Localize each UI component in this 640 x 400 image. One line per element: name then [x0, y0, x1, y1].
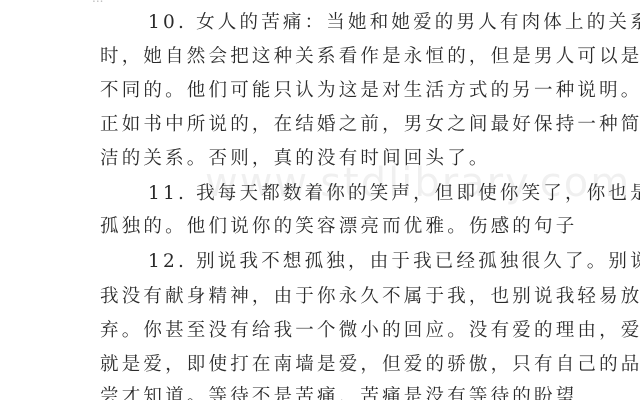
paragraph-line: 时，她自然会把这种关系看作是永恒的，但是男人可以是 [100, 46, 545, 68]
paragraph-line: 11. 我每天都数着你的笑声，但即使你笑了，你也是 [148, 183, 545, 205]
cropped-text-remnant: ... [92, 0, 122, 2]
paragraph-line: 尝才知道。等待不是苦痛，苦痛是没有等待的盼望 [100, 386, 545, 400]
paragraph-line: 10. 女人的苦痛：当她和她爱的男人有肉体上的关系 [148, 12, 545, 34]
paragraph-line: 不同的。他们可能只认为这是对生活方式的另一种说明。 [100, 80, 545, 102]
paragraph-line: 洁的关系。否则，真的没有时间回头了。 [100, 148, 545, 170]
paragraph-line: 12. 别说我不想孤独，由于我已经孤独很久了。别说 [148, 251, 545, 273]
paragraph-line: 我没有献身精神，由于你永久不属于我，也别说我轻易放 [100, 286, 545, 308]
document-page: ... www.stdlibrary.com 10. 女人的苦痛：当她和她爱的男… [0, 0, 640, 400]
paragraph-line: 正如书中所说的，在结婚之前，男女之间最好保持一种简 [100, 114, 545, 136]
paragraph-line: 就是爱，即使打在南墙是爱，但爱的骄傲，只有自己的品 [100, 354, 545, 376]
paragraph-line: 孤独的。他们说你的笑容漂亮而优雅。伤感的句子 [100, 216, 545, 238]
paragraph-line: 弃。你甚至没有给我一个微小的回应。没有爱的理由，爱 [100, 320, 545, 342]
